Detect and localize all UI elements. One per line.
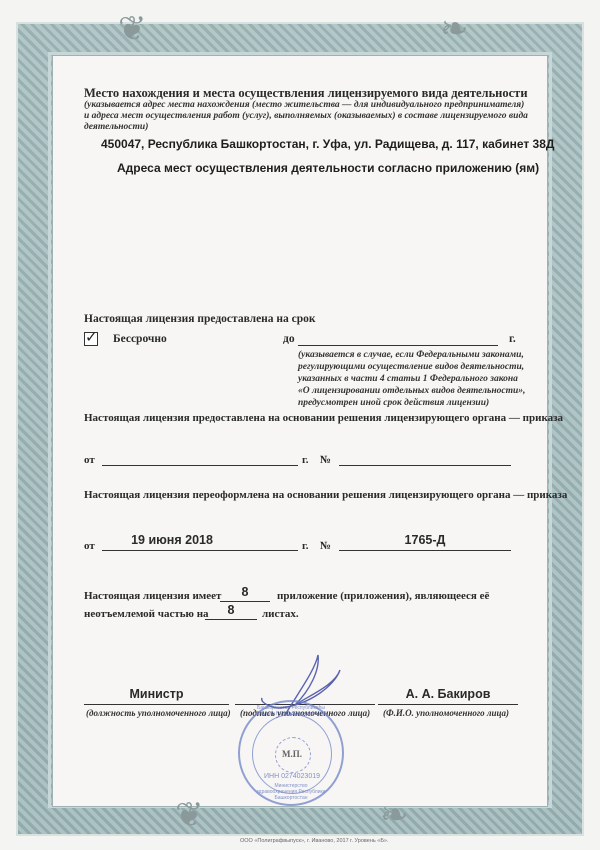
granted-number-prefix: № xyxy=(320,454,331,466)
term-label: Настоящая лицензия предоставлена на срок xyxy=(84,313,316,325)
location-note-line3: деятельности) xyxy=(84,122,148,132)
reissued-number-field xyxy=(339,550,511,551)
official-name-value: А. А. Бакиров xyxy=(378,687,518,701)
printer-imprint: ООО «Полиграфвыпуск», г. Иваново, 2017 г… xyxy=(240,838,389,844)
reissued-number-value: 1765-Д xyxy=(339,533,511,547)
checkmark-icon: ✓ xyxy=(85,328,98,346)
until-prefix: до xyxy=(283,333,295,345)
appendix-line1-suffix: приложение (приложения), являющееся её xyxy=(277,590,489,602)
reissued-date-field xyxy=(102,550,298,551)
granted-date-field xyxy=(102,465,298,466)
until-date-field xyxy=(298,345,498,346)
position-value: Министр xyxy=(84,687,229,701)
seal-mp-label: М.П. xyxy=(253,749,331,759)
appendix-line2-prefix: неотъемлемой частью на xyxy=(84,608,209,620)
seal-ring-bottom-text: Министерство здравоохранения Республики … xyxy=(240,783,342,801)
until-year-suffix: г. xyxy=(509,333,516,345)
granted-order-label: Настоящая лицензия предоставлена на осно… xyxy=(84,412,563,424)
term-note-line5: предусмотрен иной срок действия лицензии… xyxy=(298,398,489,408)
granted-from-prefix: от xyxy=(84,454,95,466)
appendix-count-field xyxy=(220,601,270,602)
main-address: 450047, Республика Башкортостан, г. Уфа,… xyxy=(101,137,554,151)
sheet-count-value: 8 xyxy=(205,603,257,617)
term-note-line1: (указывается в случае, если Федеральными… xyxy=(298,350,524,360)
term-note-line2: регулирующими осуществление видов деятел… xyxy=(298,362,524,372)
official-name-field xyxy=(378,704,518,705)
reissued-order-label: Настоящая лицензия переоформлена на осно… xyxy=(84,489,567,501)
position-caption: (должность уполномоченного лица) xyxy=(86,708,231,718)
indefinite-checkbox[interactable]: ✓ xyxy=(84,332,98,346)
term-note-line4: «О лицензировании отдельных видов деятел… xyxy=(298,386,525,396)
reissued-year-suffix: г. xyxy=(302,540,309,552)
appendix-count-value: 8 xyxy=(220,585,270,599)
sheet-count-field xyxy=(205,619,257,620)
granted-year-suffix: г. xyxy=(302,454,309,466)
term-note-line3: указанных в части 4 статьи 1 Федеральног… xyxy=(298,374,518,384)
appendix-line1-prefix: Настоящая лицензия имеет xyxy=(84,590,221,602)
reissued-number-prefix: № xyxy=(320,540,331,552)
position-field xyxy=(84,704,229,705)
granted-number-field xyxy=(339,465,511,466)
reissued-from-prefix: от xyxy=(84,540,95,552)
official-name-caption: (Ф.И.О. уполномоченного лица) xyxy=(383,708,509,718)
reissued-date-value: 19 июня 2018 xyxy=(102,533,242,547)
indefinite-label: Бессрочно xyxy=(113,333,167,345)
additional-addresses: Адреса мест осуществления деятельности с… xyxy=(117,161,539,175)
license-page: Место нахождения и места осуществления л… xyxy=(0,0,600,850)
section-title-location: Место нахождения и места осуществления л… xyxy=(84,86,528,101)
location-note-line1: (указывается адрес места нахождения (мес… xyxy=(84,100,524,110)
appendix-line2-suffix: листах. xyxy=(262,608,299,620)
official-seal: Башкортостан Республикаһы Һаулыҡ һаҡлау … xyxy=(238,700,344,806)
location-note-line2: и адреса мест осуществления работ (услуг… xyxy=(84,111,528,121)
seal-inner-ring: М.П. ИНН 0274023019 xyxy=(252,714,332,794)
seal-inn: ИНН 0274023019 xyxy=(253,773,331,780)
